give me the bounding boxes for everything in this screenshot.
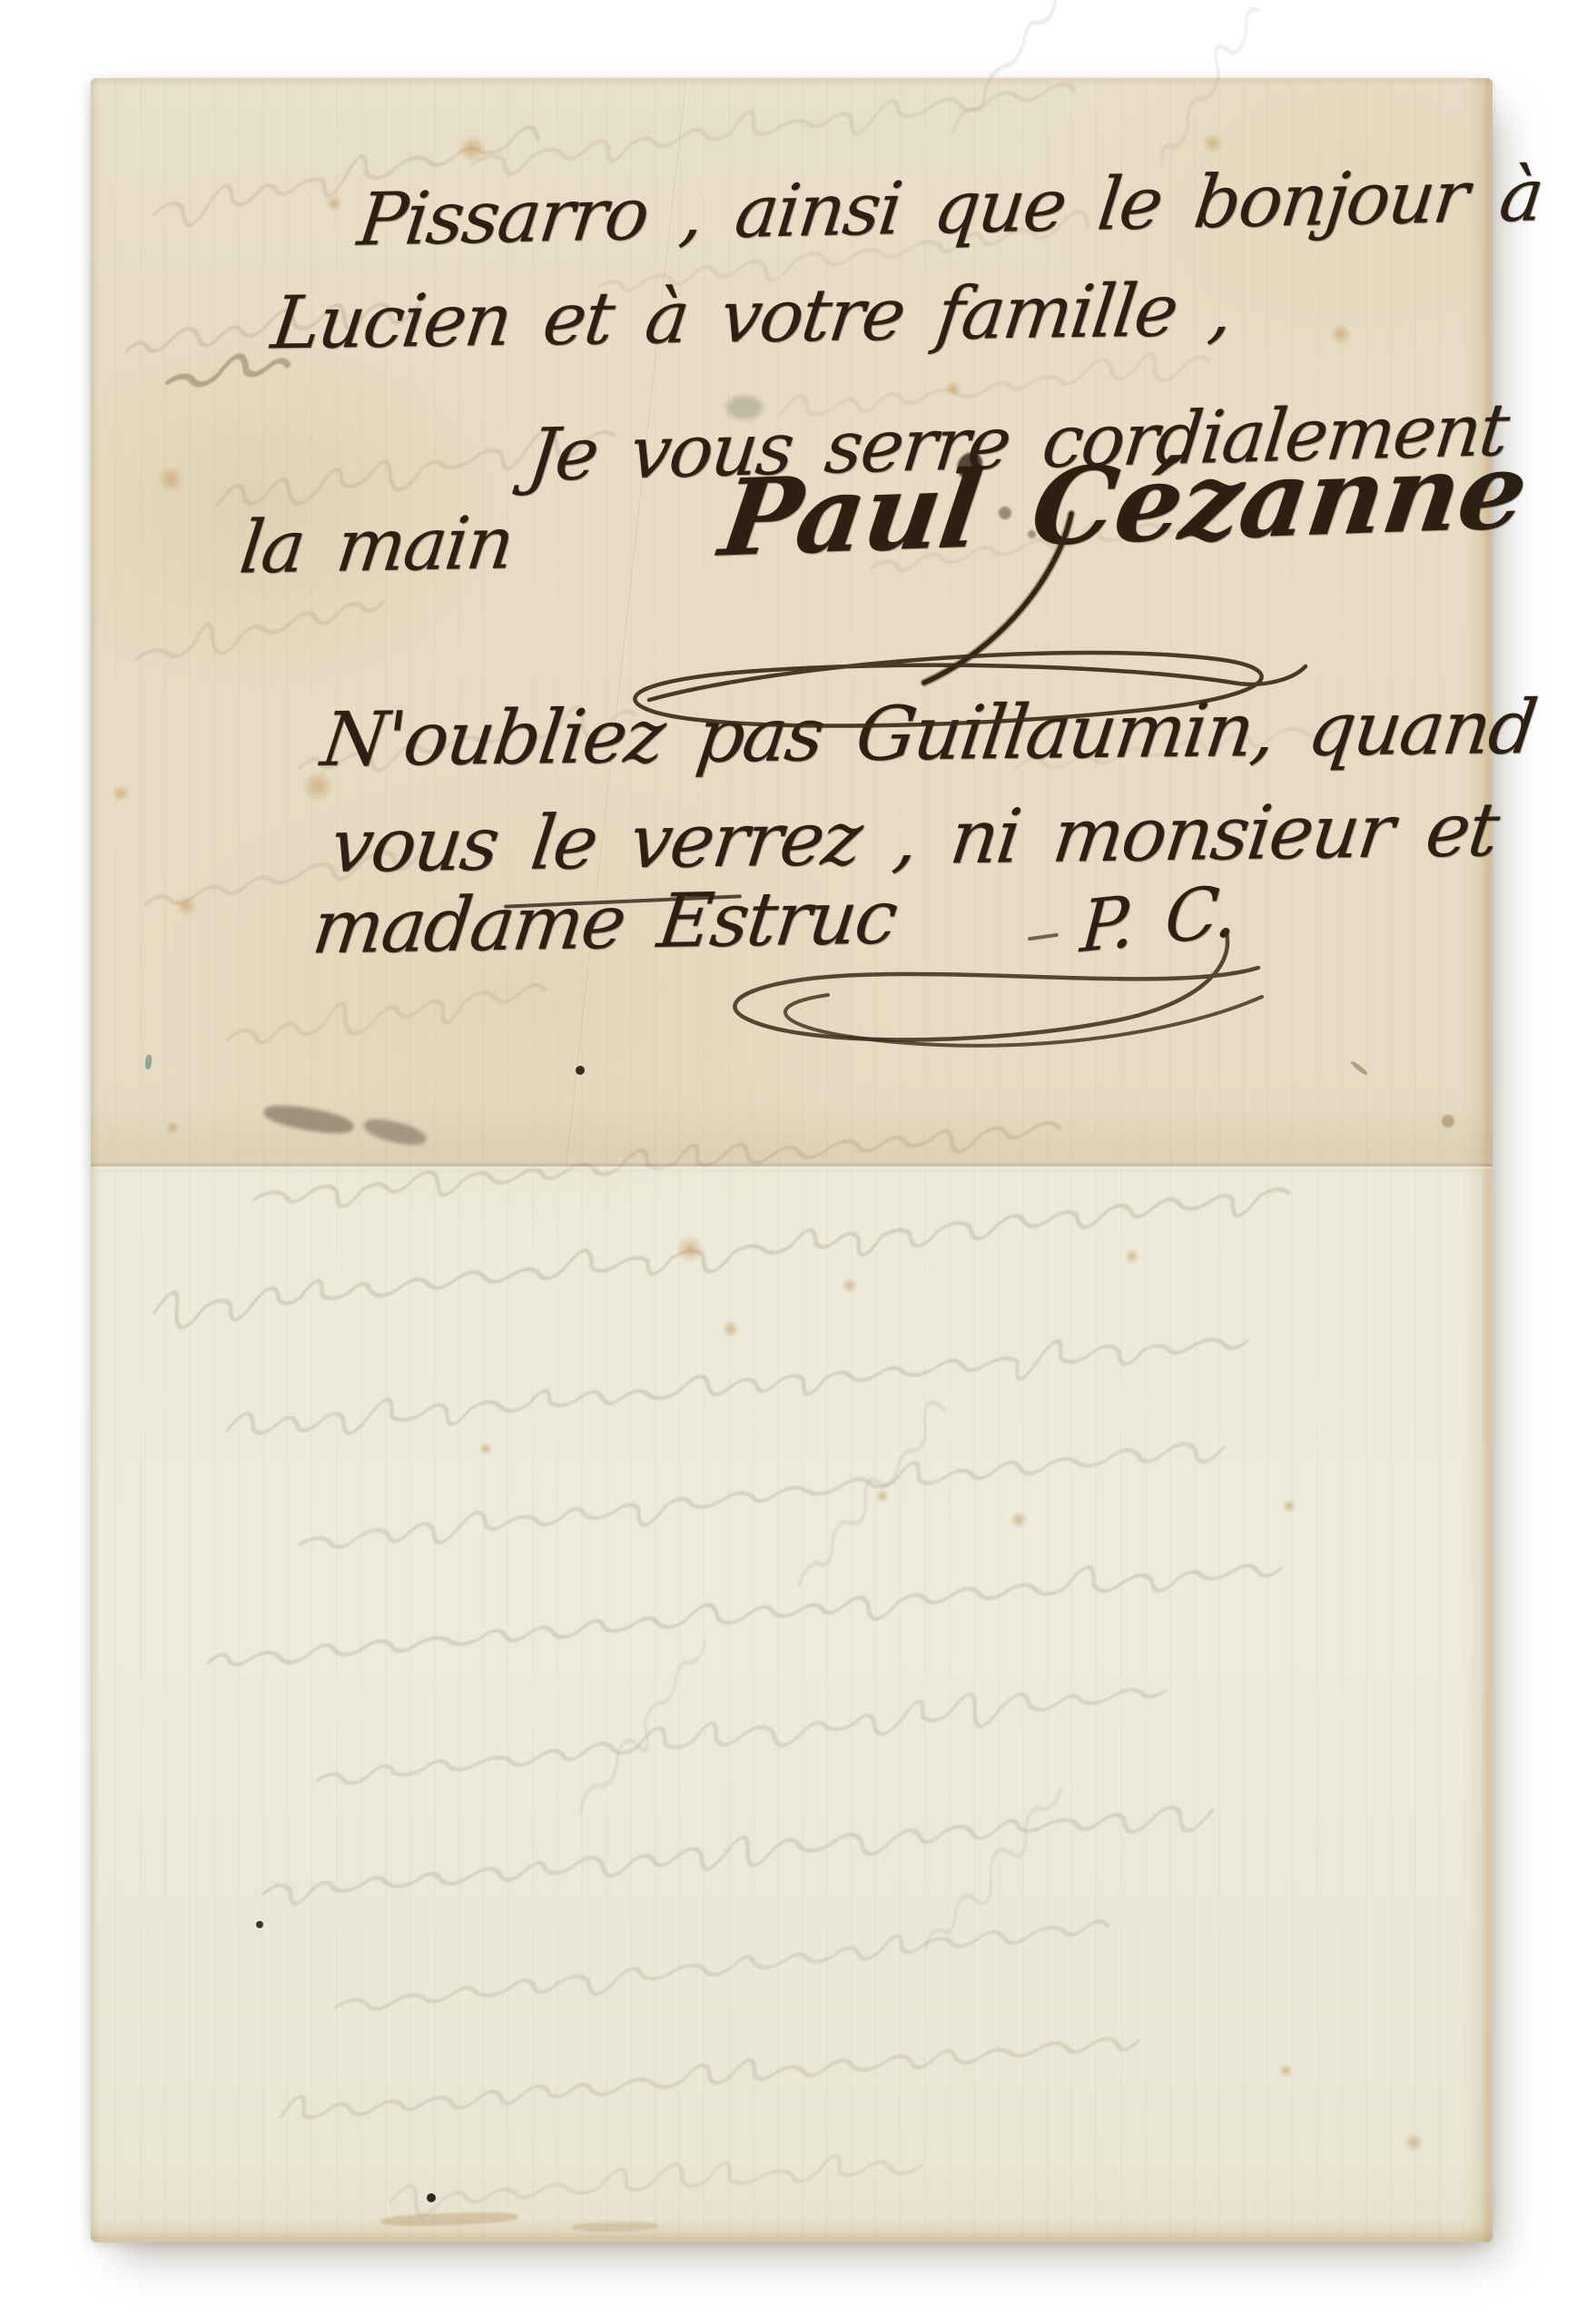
letter-paper-sheet: Pissarro , ainsi que le bonjour à Lucien… — [91, 78, 1493, 2242]
signature-paraph-flourish — [563, 505, 1344, 777]
ink-mark — [144, 1055, 153, 1070]
ink-mark — [381, 2211, 517, 2227]
postscript-paraph-flourish — [690, 913, 1289, 1086]
ink-mark — [1442, 1115, 1454, 1128]
ink-mark — [256, 1921, 263, 1928]
ink-mark — [572, 2221, 658, 2232]
ink-mark — [262, 1100, 356, 1137]
letter-line-closing-2: la main — [236, 507, 517, 584]
ink-mark — [361, 1115, 428, 1149]
photo-of-letter: Pissarro , ainsi que le bonjour à Lucien… — [0, 0, 1577, 2324]
letter-line-postscript-2: vous le verrez , ni monsieur et — [327, 793, 1502, 884]
ink-mark — [1350, 1060, 1368, 1076]
letter-line-salutation-2: Lucien et à votre famille , — [268, 274, 1236, 360]
ink-mark — [427, 2193, 436, 2202]
ink-mark — [576, 1066, 585, 1075]
